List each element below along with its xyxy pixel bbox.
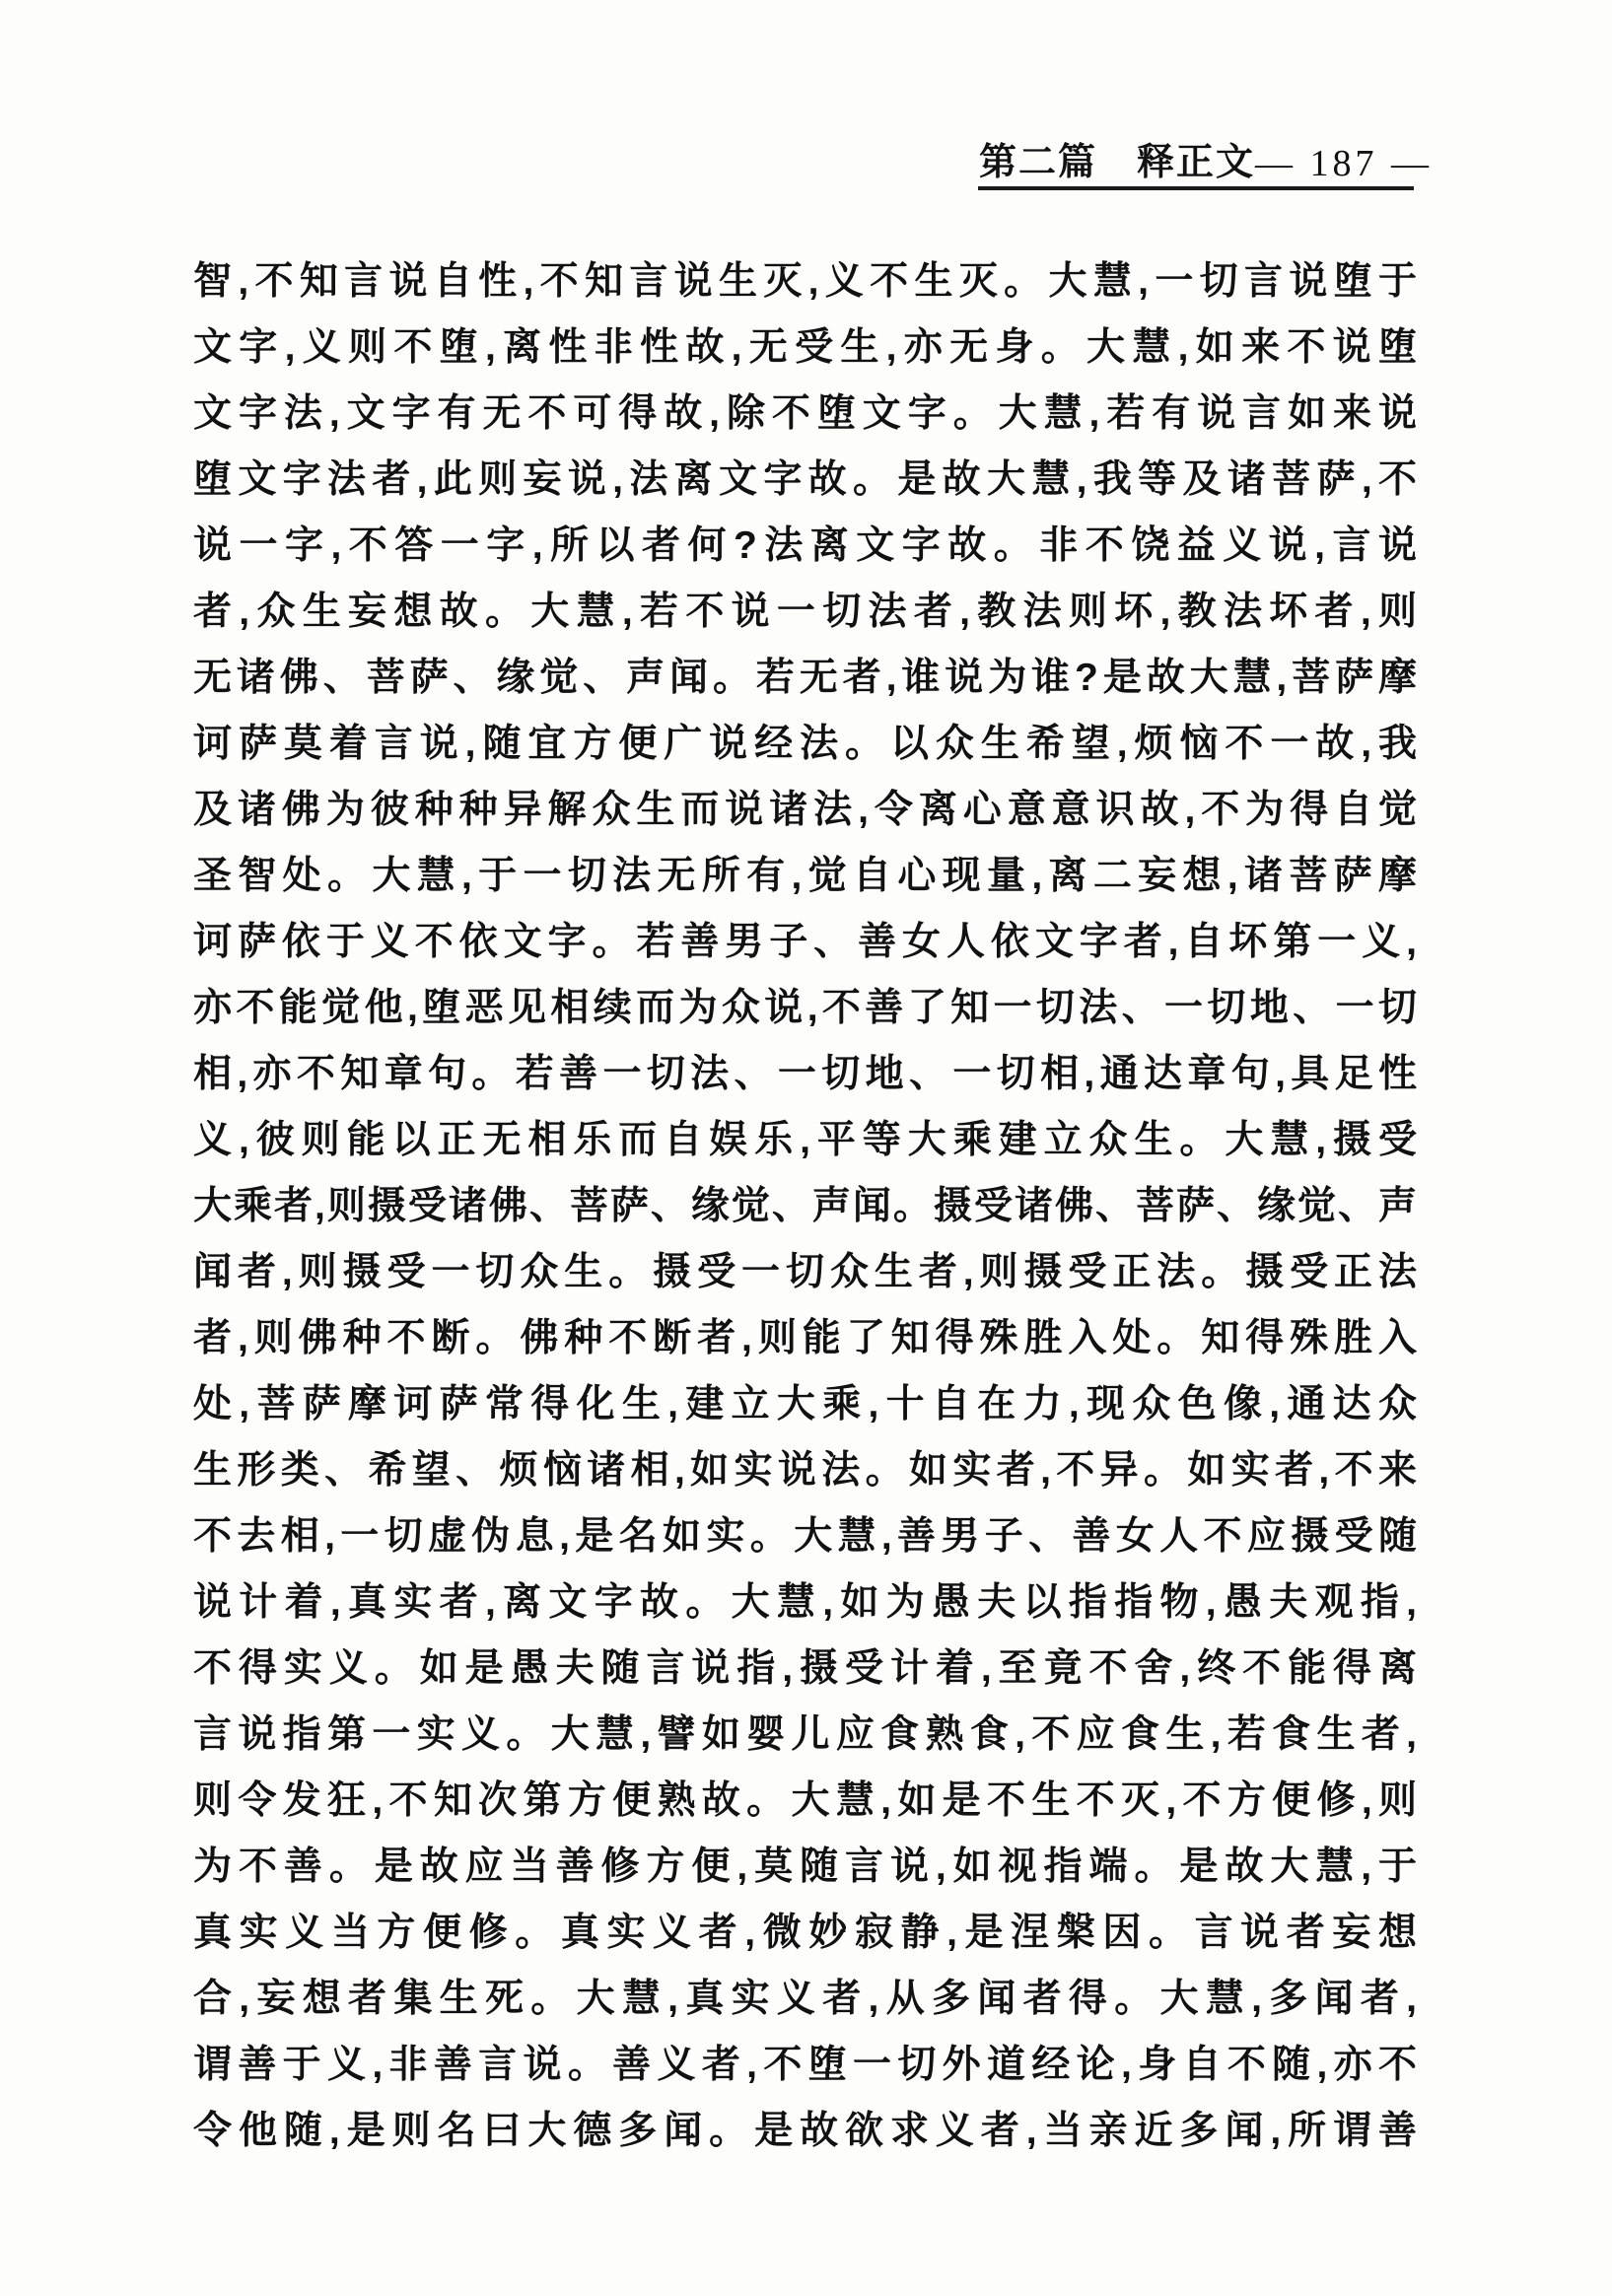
section-title: 第二篇 释正文 [979, 131, 1255, 185]
text-line: 者,众生妄想故。大慧,若不说一切法者,教法则坏,教法坏者,则 [193, 579, 1417, 645]
text-line: 为不善。是故应当善修方便,莫随言说,如视指端。是故大慧,于 [193, 1834, 1417, 1900]
book-page: 第二篇 释正文 — 187 — 智,不知言说自性,不知言说生灭,义不生灭。大慧,… [0, 0, 1612, 2296]
text-line: 大乘者,则摄受诸佛、菩萨、缘觉、声闻。摄受诸佛、菩萨、缘觉、声 [193, 1173, 1417, 1239]
text-line: 者,则佛种不断。佛种不断者,则能了知得殊胜入处。知得殊胜入 [193, 1305, 1417, 1371]
text-line: 文字,义则不堕,离性非性故,无受生,亦无身。大慧,如来不说堕 [193, 314, 1417, 381]
text-line: 闻者,则摄受一切众生。摄受一切众生者,则摄受正法。摄受正法 [193, 1239, 1417, 1305]
text-line: 合,妄想者集生死。大慧,真实义者,从多闻者得。大慧,多闻者, [193, 1966, 1417, 2032]
text-line: 亦不能觉他,堕恶见相续而为众说,不善了知一切法、一切地、一切 [193, 975, 1417, 1041]
page-number: — 187 — [1255, 142, 1433, 185]
text-line: 说计着,真实者,离文字故。大慧,如为愚夫以指指物,愚夫观指, [193, 1569, 1417, 1635]
text-line: 不去相,一切虚伪息,是名如实。大慧,善男子、善女人不应摄受随 [193, 1503, 1417, 1569]
running-head: 第二篇 释正文 — 187 — [979, 136, 1413, 185]
text-line: 诃萨莫着言说,随宜方便广说经法。以众生希望,烦恼不一故,我 [193, 711, 1417, 777]
text-line: 圣智处。大慧,于一切法无所有,觉自心现量,离二妄想,诸菩萨摩 [193, 843, 1417, 909]
text-line: 及诸佛为彼种种异解众生而说诸法,令离心意意识故,不为得自觉 [193, 777, 1417, 843]
text-line: 真实义当方便修。真实义者,微妙寂静,是涅槃因。言说者妄想 [193, 1900, 1417, 1966]
text-line: 则令发狂,不知次第方便熟故。大慧,如是不生不灭,不方便修,则 [193, 1768, 1417, 1834]
text-line: 言说指第一实义。大慧,譬如婴儿应食熟食,不应食生,若食生者, [193, 1702, 1417, 1768]
text-line: 生形类、希望、烦恼诸相,如实说法。如实者,不异。如实者,不来 [193, 1437, 1417, 1503]
text-line: 令他随,是则名曰大德多闻。是故欲求义者,当亲近多闻,所谓善 [193, 2098, 1417, 2164]
text-line: 处,菩萨摩诃萨常得化生,建立大乘,十自在力,现众色像,通达众 [193, 1371, 1417, 1437]
sutra-text-block: 智,不知言说自性,不知言说生灭,义不生灭。大慧,一切言说堕于文字,义则不堕,离性… [193, 248, 1417, 2164]
header-rule [978, 186, 1414, 190]
text-line: 不得实义。如是愚夫随言说指,摄受计着,至竟不舍,终不能得离 [193, 1635, 1417, 1702]
text-line: 相,亦不知章句。若善一切法、一切地、一切相,通达章句,具足性 [193, 1041, 1417, 1107]
text-line: 义,彼则能以正无相乐而自娱乐,平等大乘建立众生。大慧,摄受 [193, 1107, 1417, 1173]
text-line: 谓善于义,非善言说。善义者,不堕一切外道经论,身自不随,亦不 [193, 2032, 1417, 2098]
text-line: 文字法,文字有无不可得故,除不堕文字。大慧,若有说言如来说 [193, 381, 1417, 447]
text-line: 说一字,不答一字,所以者何?法离文字故。非不饶益义说,言说 [193, 513, 1417, 579]
text-line: 堕文字法者,此则妄说,法离文字故。是故大慧,我等及诸菩萨,不 [193, 447, 1417, 513]
text-line: 诃萨依于义不依文字。若善男子、善女人依文字者,自坏第一义, [193, 909, 1417, 975]
text-line: 智,不知言说自性,不知言说生灭,义不生灭。大慧,一切言说堕于 [193, 248, 1417, 314]
text-line: 无诸佛、菩萨、缘觉、声闻。若无者,谁说为谁?是故大慧,菩萨摩 [193, 645, 1417, 711]
